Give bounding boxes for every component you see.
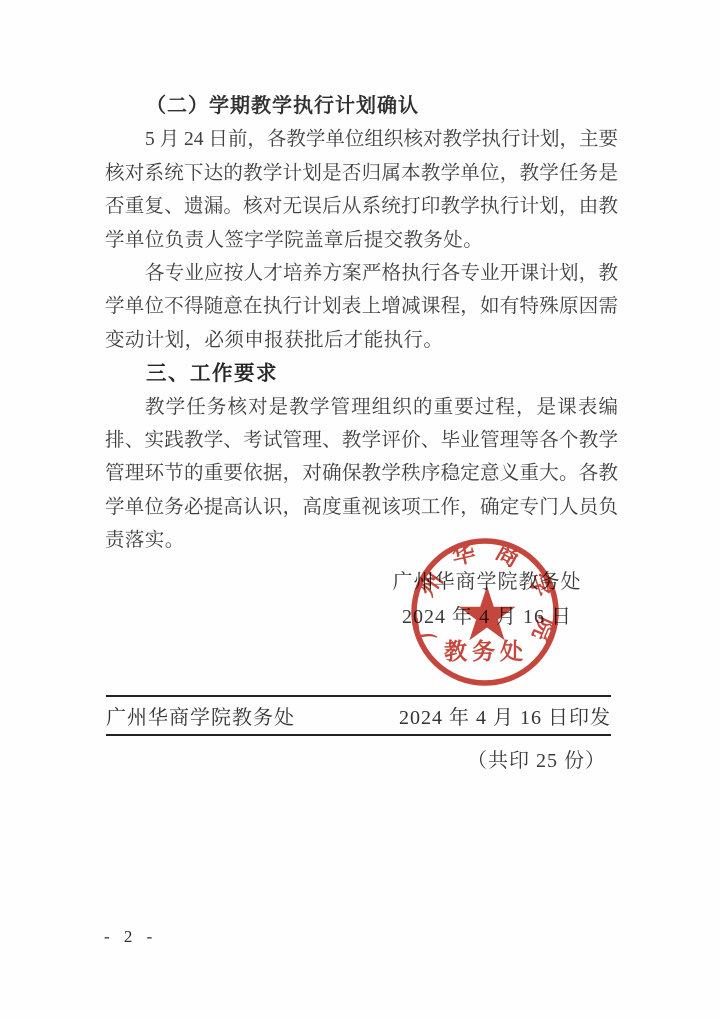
footer-issue-row: 广州华商学院教务处 2024 年 4 月 16 日印发 — [106, 698, 611, 732]
seal-department-text: 教务处 — [444, 638, 528, 664]
footer-issuer: 广州华商学院教务处 — [106, 701, 295, 730]
section-heading: （二）学期教学执行计划确认 — [105, 90, 618, 123]
section-heading: 三、工作要求 — [105, 357, 618, 390]
footer-issue-date: 2024 年 4 月 16 日印发 — [399, 701, 611, 730]
text-line: 教学任务核对是教学管理组织的重要过程，是课表编 — [105, 391, 618, 424]
text-line: 5 月 24 日前，各教学单位组织核对教学执行计划，主要 — [105, 123, 618, 156]
text-line: 变动计划，必须申报获批后才能执行。 — [105, 324, 618, 357]
seal-star-icon — [459, 586, 516, 640]
text-line: 学单位不得随意在执行计划表上增减课程，如有特殊原因需 — [105, 290, 618, 323]
document-page: （二）学期教学执行计划确认5 月 24 日前，各教学单位组织核对教学执行计划，主… — [0, 0, 720, 1018]
text-line: 核对系统下达的教学计划是否归属本教学单位，教学任务是 — [105, 157, 618, 190]
text-line: 排、实践教学、考试管理、教学评价、毕业管理等各个教学 — [105, 424, 618, 457]
text-line: 学单位负责人签字学院盖章后提交教务处。 — [105, 224, 618, 257]
copies-note: （共印 25 份） — [106, 744, 606, 773]
text-line: 否重复、遗漏。核对无误后从系统打印教学执行计划，由教 — [105, 190, 618, 223]
footer-rule-top — [106, 695, 611, 697]
footer-rule-bottom — [106, 734, 611, 736]
document-body: （二）学期教学执行计划确认5 月 24 日前，各教学单位组织核对教学执行计划，主… — [105, 90, 618, 558]
official-seal-stamp: 广州华商学院 教务处 — [405, 532, 565, 692]
page-number: - 2 - — [104, 927, 157, 947]
text-line: 各专业应按人才培养方案严格执行各专业开课计划，教 — [105, 257, 618, 290]
text-line: 学单位务必提高认识，高度重视该项工作，确定专门人员负 — [105, 491, 618, 524]
text-line: 管理环节的重要依据，对确保教学秩序稳定意义重大。各教 — [105, 457, 618, 490]
